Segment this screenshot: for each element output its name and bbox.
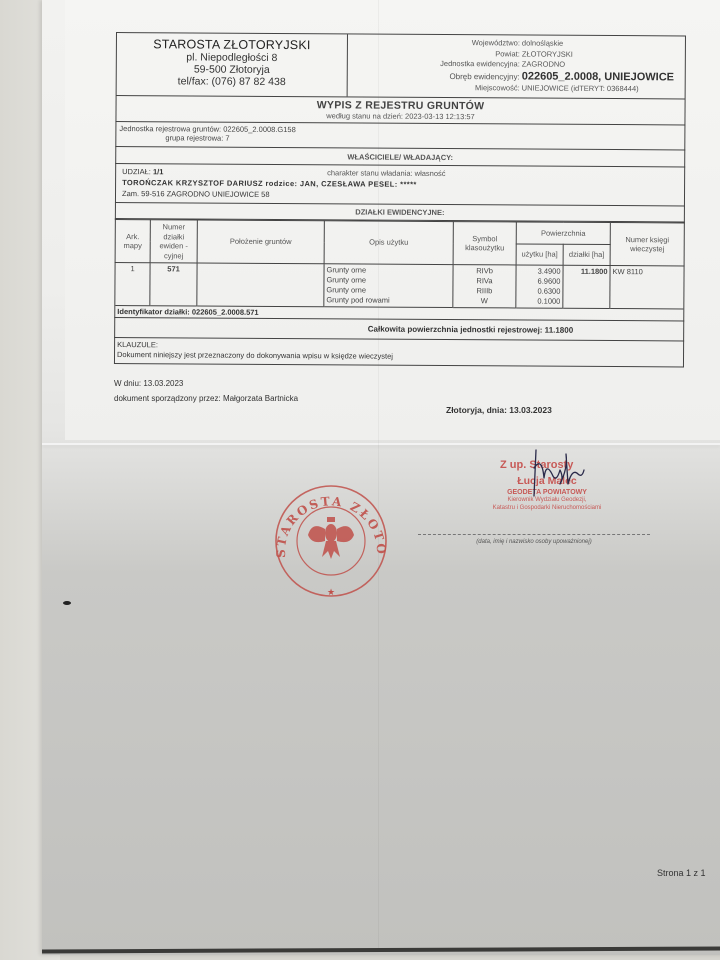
class-symbol-3: RIIIb	[455, 286, 513, 296]
share-label: UDZIAŁ:	[122, 167, 151, 176]
owner-address: Zam. 59-516 ZAGRODNO UNIEJOWICE 58	[122, 188, 678, 202]
prepared-by: dokument sporządzony przez: Małgorzata B…	[114, 391, 298, 406]
page-number: Strona 1 z 1	[657, 868, 706, 878]
cell-area-plot: 11.1800	[563, 265, 610, 308]
land-register-extract: STAROSTA ZŁOTORYJSKI pl. Niepodległości …	[114, 32, 686, 367]
col-class-symbol: Symbol klasoużytku	[453, 222, 516, 265]
precinct-value: 022605_2.0008, UNIEJOWICE	[522, 70, 685, 84]
col-area-use: użytku [ha]	[516, 243, 563, 265]
signature-line	[418, 534, 650, 535]
handwritten-signature-icon	[520, 448, 590, 503]
seal-star-icon: ★	[327, 587, 335, 597]
signature-caption: (data, imię i nazwisko osoby upoważnione…	[418, 539, 650, 545]
title-section: WYPIS Z REJESTRU GRUNTÓW według stanu na…	[115, 96, 685, 125]
col-number: Numer działki ewiden -cyjnej	[150, 220, 197, 263]
issue-date: W dniu: 13.03.2023	[114, 376, 298, 391]
area-use-3: 0.6300	[518, 286, 560, 296]
signatory-dept-2: Katastru i Gospodarki Nieruchomościami	[452, 505, 642, 511]
area-use-4: 0.1000	[518, 296, 560, 306]
locality-row: Miejscowość: UNIEJOWICE (idTERYT: 036844…	[348, 82, 685, 95]
office-phone: tel/fax: (076) 87 82 438	[117, 75, 347, 88]
ownership-type: charakter stanu władania: własność	[327, 167, 445, 179]
ink-speck	[63, 601, 71, 605]
cell-sheet: 1	[115, 262, 150, 305]
area-use-1: 3.4900	[519, 266, 561, 276]
table-row: 1 571 Grunty orne Grunty orne Grunty orn…	[115, 262, 684, 308]
cell-class-symbol: RIVb RIVa RIIIb W	[453, 265, 516, 308]
place-and-date: Złotoryja, dnia: 13.03.2023	[446, 405, 552, 415]
eagle-emblem-icon	[308, 517, 354, 559]
class-symbol-1: RIVb	[456, 266, 514, 276]
cell-area-use: 3.4900 6.9600 0.6300 0.1000	[516, 265, 563, 308]
cell-location	[197, 263, 324, 307]
col-area-plot: działki [ha]	[563, 244, 610, 266]
locality-value: UNIEJOWICE (idTERYT: 0368444)	[522, 83, 685, 94]
col-sheet: Ark. mapy	[115, 219, 150, 262]
area-use-2: 6.9600	[518, 276, 560, 286]
cell-use-desc: Grunty orne Grunty orne Grunty orne Grun…	[324, 264, 453, 308]
issuing-office: STAROSTA ZŁOTORYJSKI pl. Niepodległości …	[117, 33, 348, 96]
precinct-label: Obręb ewidencyjny:	[348, 69, 522, 83]
plots-table: Ark. mapy Numer działki ewiden -cyjnej P…	[114, 219, 685, 309]
official-seal: STAROSTA ZŁOTORYJSKI ★	[270, 483, 392, 599]
col-location: Położenie gruntów	[197, 220, 324, 264]
class-symbol-2: RIVa	[455, 276, 513, 286]
owners-section: UDZIAŁ: 1/1 charakter stanu władania: wł…	[115, 164, 685, 206]
col-use-desc: Opis użytku	[324, 221, 453, 265]
cell-number: 571	[150, 263, 197, 306]
registry-unit-section: Jednostka rejestrowa gruntów: 022605_2.0…	[115, 122, 685, 150]
issue-info: W dniu: 13.03.2023 dokument sporządzony …	[114, 376, 298, 406]
office-name: STAROSTA ZŁOTORYJSKI	[117, 37, 347, 52]
clauses-text: Dokument niniejszy jest przeznaczony do …	[117, 350, 681, 363]
paper-fold-horizontal	[42, 443, 720, 445]
col-area-group: Powierzchnia	[516, 222, 610, 244]
locality-label: Miejscowość:	[348, 82, 522, 94]
class-symbol-4: W	[455, 296, 513, 306]
location-info: Województwo: dolnośląskie Powiat: ZŁOTOR…	[348, 34, 685, 98]
col-land-book: Numer księgi wieczystej	[610, 223, 684, 266]
share-value: 1/1	[153, 167, 163, 176]
seal-stamp-icon: STAROSTA ZŁOTORYJSKI ★	[270, 483, 392, 599]
document-header: STAROSTA ZŁOTORYJSKI pl. Niepodległości …	[116, 32, 686, 99]
clauses-section: KLAUZULE: Dokument niniejszy jest przezn…	[114, 338, 684, 367]
cell-land-book: KW 8110	[610, 266, 684, 309]
use-desc-4: Grunty pod rowami	[326, 295, 450, 306]
